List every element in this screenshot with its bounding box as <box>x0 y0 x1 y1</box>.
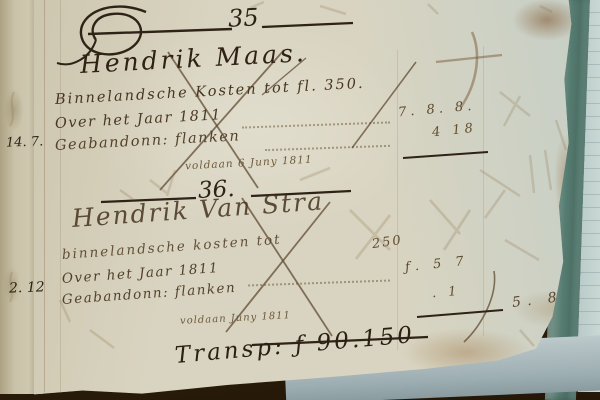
margin-rule-line <box>44 0 45 392</box>
margin-amount: 14. 7. <box>6 135 44 149</box>
amount-column-rule <box>397 50 398 350</box>
amount-column-rule <box>483 46 484 336</box>
amount: . 1 <box>431 285 461 300</box>
margin-amount: 2. 12 <box>9 280 45 295</box>
margin-rule-line <box>60 0 61 392</box>
ledger-photo: 14. 7. 2. 12 35 Hendrik Maas. Binnelands… <box>0 0 600 400</box>
entry-number: 35 <box>227 5 259 31</box>
